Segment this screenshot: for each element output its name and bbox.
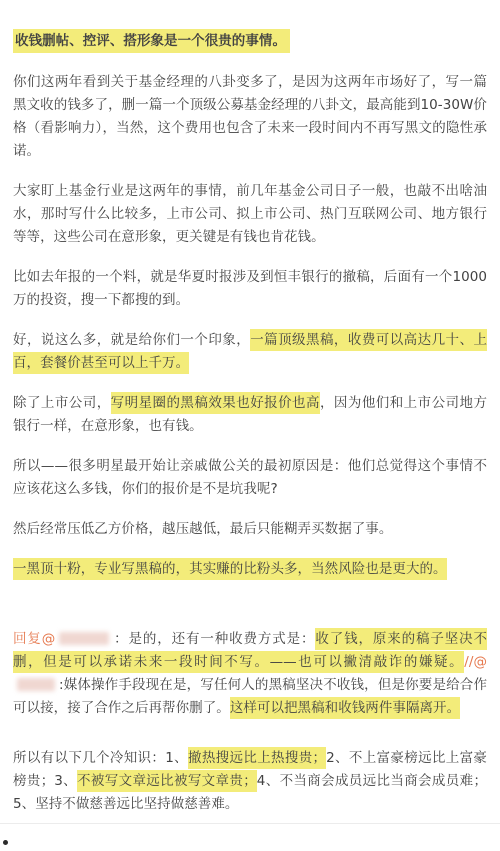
post-paragraphs: 收钱删帖、控评、搭形象是一个很贵的事情。你们这两年看到关于基金经理的八卦变多了，… bbox=[0, 0, 500, 816]
mention-link[interactable]: //@ bbox=[464, 654, 487, 670]
bullet-dot-icon bbox=[3, 840, 8, 845]
paragraph-cold-facts: 所以有以下几个冷知识：1、撤热搜远比上热搜贵；2、不上富豪榜远比上富豪榜贵；3、… bbox=[13, 747, 487, 816]
text-segment: ：是的，还有一种收费方式是： bbox=[113, 631, 315, 647]
highlighted-text: 一黑顶十粉，专业写黑稿的，其实赚的比粉头多，当然风险也是更大的。 bbox=[13, 558, 447, 580]
post-body: 收钱删帖、控评、搭形象是一个很贵的事情。你们这两年看到关于基金经理的八卦变多了，… bbox=[0, 0, 500, 851]
paragraph-risk: 一黑顶十粉，专业写黑稿的，其实赚的比粉头多，当然风险也是更大的。 bbox=[13, 558, 487, 581]
redacted-mention-name bbox=[59, 632, 109, 645]
highlighted-text: 撤热搜远比上热搜贵； bbox=[188, 747, 326, 769]
text-segment: 大家盯上基金行业是这两年的事情，前几年基金公司日子一般，也敲不出啥油水，那时写什… bbox=[13, 183, 487, 245]
highlighted-text: 收钱删帖、控评、搭形象是一个很贵的事情。 bbox=[13, 29, 290, 53]
paragraph-impression: 好，说这么多，就是给你们一个印象，一篇顶级黑稿，收费可以高达几十、上百，套餐价甚… bbox=[13, 329, 487, 375]
text-segment: 所以——很多明星最开始让亲戚做公关的最初原因是：他们总觉得这个事情不应该花这么多… bbox=[13, 458, 487, 497]
text-segment: 除了上市公司， bbox=[13, 395, 111, 411]
headline: 收钱删帖、控评、搭形象是一个很贵的事情。 bbox=[13, 30, 487, 53]
highlighted-text: 写明星圈的黑稿效果也好报价也高 bbox=[111, 392, 320, 414]
redacted-mention-name bbox=[17, 678, 55, 691]
text-segment: 好，说这么多，就是给你们一个印象， bbox=[13, 332, 250, 348]
paragraph-pr-reason: 所以——很多明星最开始让亲戚做公关的最初原因是：他们总觉得这个事情不应该花这么多… bbox=[13, 455, 487, 501]
bottom-divider bbox=[0, 823, 500, 824]
text-segment: 你们这两年看到关于基金经理的八卦变多了，是因为这两年市场好了，写一篇黑文收的钱多… bbox=[13, 74, 487, 159]
paragraph-fund-industry: 大家盯上基金行业是这两年的事情，前几年基金公司日子一般，也敲不出啥油水，那时写什… bbox=[13, 180, 487, 249]
highlighted-text: 不被写文章远比被写文章贵； bbox=[77, 770, 257, 792]
paragraph-celebrity: 除了上市公司，写明星圈的黑稿效果也好报价也高，因为他们和上市公司地方银行一样，在… bbox=[13, 392, 487, 438]
reply-paragraph: 回复@：是的，还有一种收费方式是：收了钱，原来的稿子坚决不删，但是可以承诺未来一… bbox=[13, 628, 487, 720]
paragraph-fund-gossip: 你们这两年看到关于基金经理的八卦变多了，是因为这两年市场好了，写一篇黑文收的钱多… bbox=[13, 71, 487, 163]
text-segment: 比如去年报的一个料，就是华夏时报涉及到恒丰银行的撤稿，后面有一个1000万的投资… bbox=[13, 269, 487, 308]
text-segment: 然后经常压低乙方价格，越压越低，最后只能糊弄买数据了事。 bbox=[13, 521, 392, 537]
mention-link[interactable]: 回复@ bbox=[13, 631, 55, 647]
highlighted-text: 这样可以把黑稿和收钱两件事隔离开。 bbox=[230, 697, 460, 719]
paragraph-example: 比如去年报的一个料，就是华夏时报涉及到恒丰银行的撤稿，后面有一个1000万的投资… bbox=[13, 266, 487, 312]
paragraph-price-pressure: 然后经常压低乙方价格，越压越低，最后只能糊弄买数据了事。 bbox=[13, 518, 487, 541]
text-segment: 所以有以下几个冷知识：1、 bbox=[13, 750, 188, 766]
